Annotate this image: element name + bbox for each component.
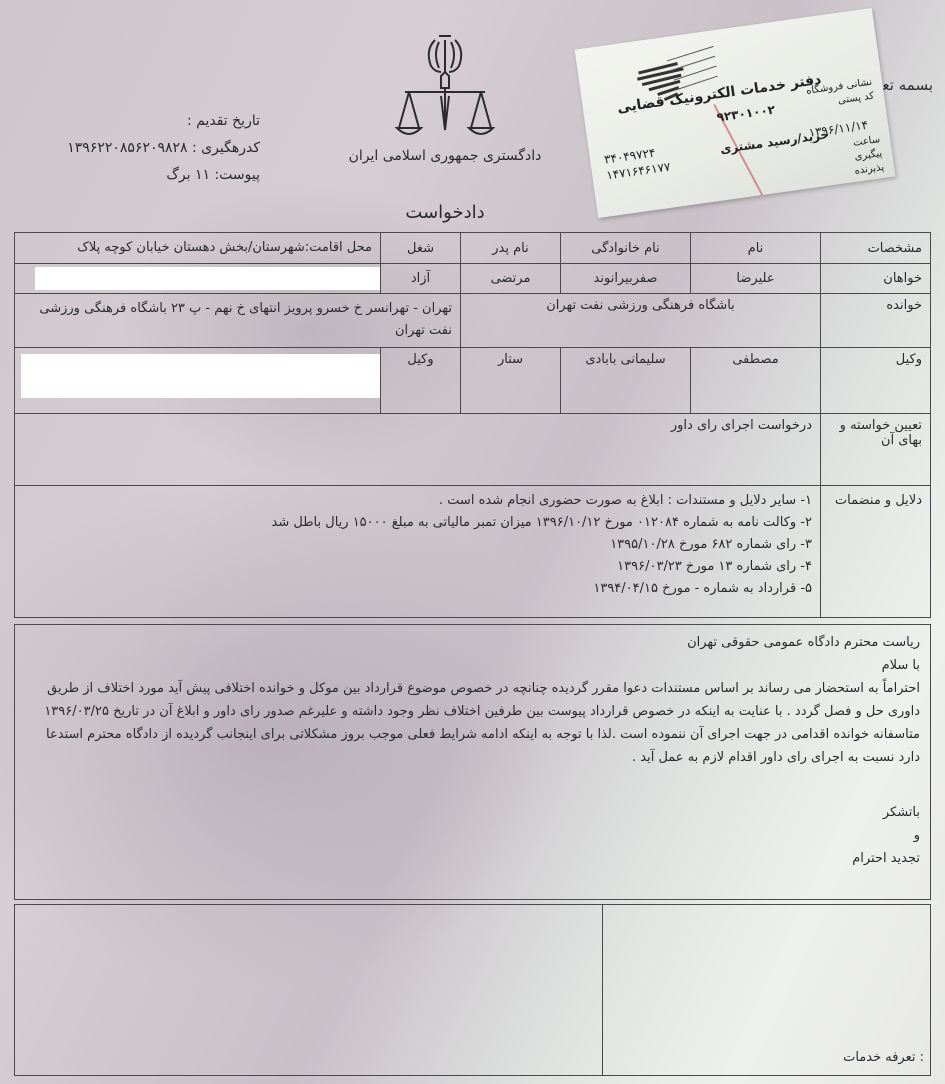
evidence-list: ۱- سایر دلایل و مستندات : ابلاغ به صورت … [15,486,821,618]
attachment-value: ۱۱ برگ [166,167,210,183]
defendant-label: خوانده [821,294,931,348]
col-father-name: نام پدر [461,233,561,264]
court-petition-document: بسمه تعالی دادگستری جمهوری اسلامی ایران … [0,0,945,1084]
filing-metadata: تاریخ تقدیم : کدرهگیری : ۱۳۹۶۲۲۰۸۵۶۲۰۹۸۲… [10,108,260,189]
evidence-item: ۳- رای شماره ۶۸۲ مورخ ۱۳۹۵/۱۰/۲۸ [23,534,812,556]
table-header-row: مشخصات نام نام خانوادگی نام پدر شغل محل … [15,233,931,264]
tracking-code-value: ۱۳۹۶۲۲۰۸۵۶۲۰۹۸۲۸ [67,140,187,156]
col-first-name: نام [691,233,821,264]
submission-date-label: تاریخ تقدیم : [187,113,260,129]
fees-cell: : تعرفه خدمات [602,905,930,1075]
letter-greeting: با سلام [25,654,920,677]
defendant-address: تهران - تهرانسر خ خسرو پرویز انتهای خ نه… [15,294,461,348]
letter-closing-respect: تجدید احترام [25,847,920,870]
plaintiff-last-name: صفربیرانوند [561,264,691,294]
redacted-block [35,267,380,290]
receipt-label-postal: کد پستی [837,91,874,107]
claim-row: تعیین خواسته و بهای آن درخواست اجرای رای… [15,414,931,486]
lawyer-row: وکیل مصطفی سلیمانی بابادی ستار وکیل [15,348,931,414]
letter-closing-thanks: باتشکر [25,801,920,824]
letter-body: احتراماً به استحضار می رساند بر اساس مست… [25,677,920,769]
attachment-row: پیوست: ۱۱ برگ [10,162,260,189]
col-address: محل اقامت:شهرستان/بخش دهستان خیابان کوچه… [15,233,381,264]
evidence-label: دلایل و منضمات [821,486,931,618]
lawyer-last-name: سلیمانی بابادی [561,348,691,414]
tracking-code-row: کدرهگیری : ۱۳۹۶۲۲۰۸۵۶۲۰۹۸۲۸ [10,135,260,162]
plaintiff-label: خواهان [821,264,931,294]
receipt-label-time: ساعت [852,134,880,149]
tracking-code-label: کدرهگیری : [192,140,260,156]
submission-date-row: تاریخ تقدیم : [10,108,260,135]
lawyer-label: وکیل [821,348,931,414]
letter-closing-and: و [25,824,920,847]
col-specs: مشخصات [821,233,931,264]
lawyer-first-name: مصطفی [691,348,821,414]
evidence-item: ۵- قرارداد به شماره - مورخ ۱۳۹۴/۰۴/۱۵ [23,578,812,600]
petition-letter: ریاست محترم دادگاه عمومی حقوقی تهران با … [14,624,931,900]
attachment-label: پیوست: [214,167,260,183]
lawyer-occupation: وکیل [381,348,461,414]
document-title: دادخواست [395,202,495,223]
evidence-item: ۱- سایر دلایل و مستندات : ابلاغ به صورت … [23,490,812,512]
col-occupation: شغل [381,233,461,264]
plaintiff-first-name: علیرضا [691,264,821,294]
lawyer-father-name: ستار [461,348,561,414]
col-last-name: نام خانوادگی [561,233,691,264]
receipt-label-acceptor: پذیرنده [854,162,885,177]
fees-section: : تعرفه خدمات [14,904,931,1076]
claim-value: درخواست اجرای رای داور [15,414,821,486]
petition-form-table: مشخصات نام نام خانوادگی نام پدر شغل محل … [14,232,931,618]
blank-cell [15,905,602,1075]
iran-judiciary-emblem-icon [395,32,495,147]
defendant-row: خوانده باشگاه فرهنگی ورزشی نفت تهران تهر… [15,294,931,348]
plaintiff-row: خواهان علیرضا صفربیرانوند مرتضی آزاد [15,264,931,294]
plaintiff-occupation: آزاد [381,264,461,294]
fees-label: : تعرفه خدمات [843,1050,924,1065]
evidence-row: دلایل و منضمات ۱- سایر دلایل و مستندات :… [15,486,931,618]
receipt-label-tracking: پیگیری [854,148,883,163]
redacted-block [21,354,380,398]
defendant-name: باشگاه فرهنگی ورزشی نفت تهران [461,294,821,348]
plaintiff-address [15,264,381,294]
evidence-item: ۲- وکالت نامه به شماره ۰۱۲۰۸۴ مورخ ۱۳۹۶/… [23,512,812,534]
plaintiff-father-name: مرتضی [461,264,561,294]
court-name: دادگستری جمهوری اسلامی ایران [345,148,545,164]
letter-addressee: ریاست محترم دادگاه عمومی حقوقی تهران [25,631,920,654]
claim-label: تعیین خواسته و بهای آن [821,414,931,486]
evidence-item: ۴- رای شماره ۱۳ مورخ ۱۳۹۶/۰۳/۲۳ [23,556,812,578]
payment-receipt-sticker: دفتر خدمات الکترونیک قضایی ۹۲۳۰۱۰۰۲ نشان… [575,8,896,218]
receipt-number: ۹۲۳۰۱۰۰۲ [716,102,776,124]
lawyer-address [15,348,381,414]
